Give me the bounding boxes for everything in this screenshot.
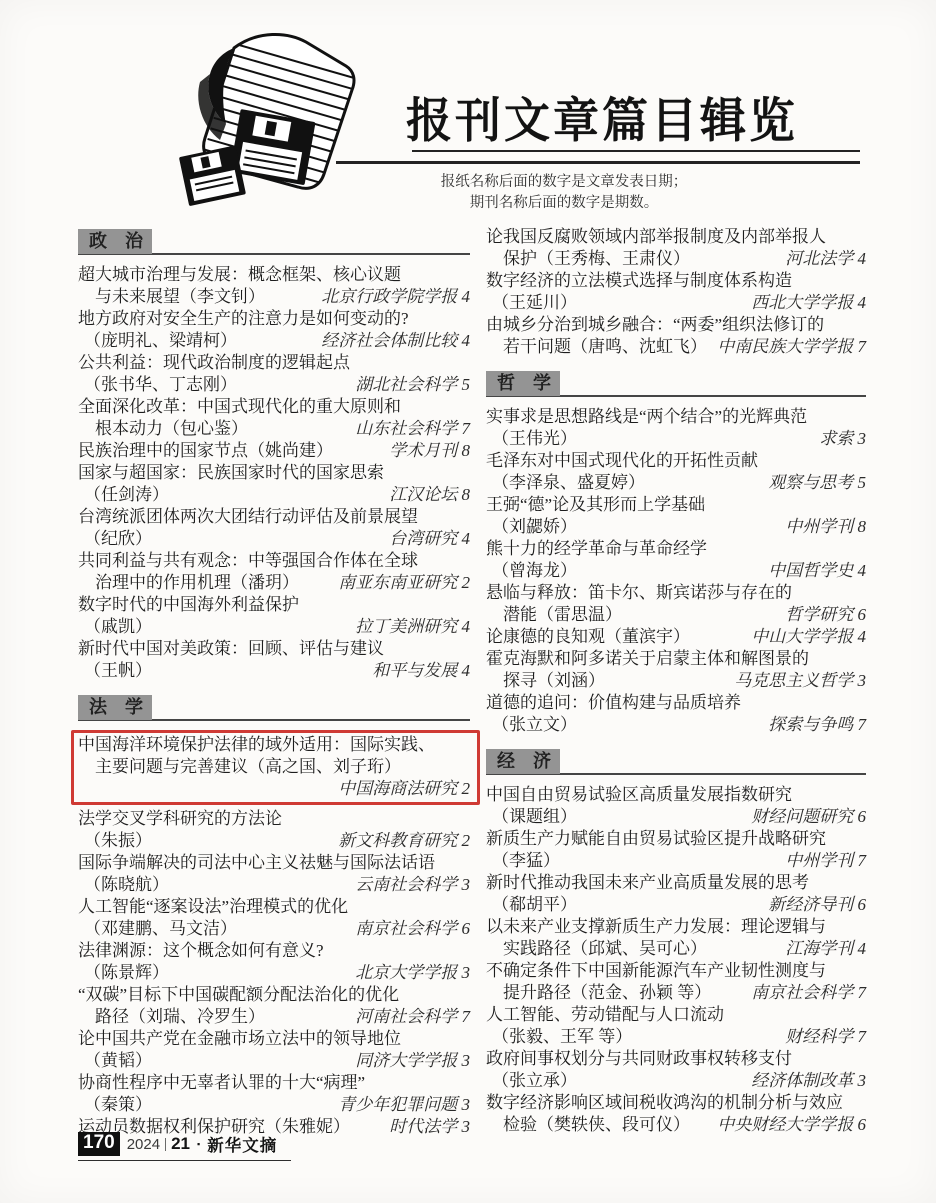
- entry-row: 政府间事权划分与共同财政事权转移支付: [486, 1048, 866, 1070]
- entry-title-text: （课题组）: [486, 806, 577, 828]
- right-column: 论我国反腐败领域内部举报制度及内部举报人保护（王秀梅、王肃仪）河北法学 4数字经…: [486, 226, 866, 1138]
- entry-row: 中国海商法研究 2: [78, 778, 470, 800]
- article-entry: 王弼“德”论及其形而上学基础（刘勰娇）中州学刊 8: [486, 494, 866, 538]
- entry-row: 民族治理中的国家节点（姚尚建）学术月刊 8: [78, 440, 470, 462]
- entry-row: 中国自由贸易试验区高质量发展指数研究: [486, 784, 866, 806]
- entry-row: （李猛）中州学刊 7: [486, 850, 866, 872]
- journal-ref: 中国海商法研究 2: [330, 778, 470, 800]
- journal-ref: 学术月刊 8: [381, 440, 470, 462]
- entry-title-text: （秦策）: [78, 1094, 152, 1116]
- entry-row: （郗胡平）新经济导刊 6: [486, 894, 866, 916]
- entry-title-text: （曾海龙）: [486, 560, 577, 582]
- entry-row: （课题组）财经问题研究 6: [486, 806, 866, 828]
- entry-row: （庞明礼、梁靖柯）经济社会体制比较 4: [78, 330, 470, 352]
- entry-row: （朱振）新文科教育研究 2: [78, 830, 470, 852]
- entry-title-text: 提升路径（范金、孙颖 等）: [486, 982, 711, 1004]
- entry-row: 协商性程序中无辜者认罪的十大“病理”: [78, 1072, 470, 1094]
- entry-row: 与未来展望（李文钊）北京行政学院学报 4: [78, 286, 470, 308]
- section-header: 法 学: [78, 694, 470, 721]
- page-number: 170: [78, 1132, 120, 1156]
- entry-title-text: 实事求是思想路线是“两个结合”的光辉典范: [486, 406, 807, 428]
- entry-title-text: 检验（樊轶侠、段可仪）: [486, 1114, 690, 1136]
- article-entry: 超大城市治理与发展：概念框架、核心议题与未来展望（李文钊）北京行政学院学报 4: [78, 264, 470, 308]
- entry-title-text: 路径（刘瑞、冷罗生）: [78, 1006, 265, 1028]
- entry-title-text: 中国自由贸易试验区高质量发展指数研究: [486, 784, 792, 806]
- article-entry: 民族治理中的国家节点（姚尚建）学术月刊 8: [78, 440, 470, 462]
- entry-row: 若干问题（唐鸣、沈虹飞）中南民族大学学报 7: [486, 336, 866, 358]
- journal-ref: 北京行政学院学报 4: [313, 286, 470, 308]
- entry-row: （张立文）探索与争鸣 7: [486, 714, 866, 736]
- article-entry: 法学交叉学科研究的方法论（朱振）新文科教育研究 2: [78, 808, 470, 852]
- journal-ref: 南亚东南亚研究 2: [330, 572, 470, 594]
- entry-row: （黄韬）同济大学学报 3: [78, 1050, 470, 1072]
- article-entry: 台湾统派团体两次大团结行动评估及前景展望（纪欣）台湾研究 4: [78, 506, 470, 550]
- article-entry: 数字经济影响区域间税收鸿沟的机制分析与效应检验（樊轶侠、段可仪）中央财经大学学报…: [486, 1092, 866, 1136]
- journal-ref: 和平与发展 4: [364, 660, 470, 682]
- entry-row: （任剑涛）江汉论坛 8: [78, 484, 470, 506]
- entry-title-text: 霍克海默和阿多诺关于启蒙主体和解图景的: [486, 648, 809, 670]
- journal-ref: 中国哲学史 4: [760, 560, 866, 582]
- entry-title-text: （张毅、王军 等）: [486, 1026, 632, 1048]
- entry-title-text: 保护（王秀梅、王肃仪）: [486, 248, 690, 270]
- section-header: 哲 学: [486, 370, 866, 397]
- entry-title-text: （王延川）: [486, 292, 577, 314]
- entry-row: 法学交叉学科研究的方法论: [78, 808, 470, 830]
- entry-title-text: 根本动力（包心鉴）: [78, 418, 248, 440]
- entry-title-text: 超大城市治理与发展：概念框架、核心议题: [78, 264, 401, 286]
- entry-title-text: 共同利益与共有观念：中等强国合作体在全球: [78, 550, 418, 572]
- entry-title-text: （陈景辉）: [78, 962, 169, 984]
- article-entry: 数字经济的立法模式选择与制度体系构造（王延川）西北大学学报 4: [486, 270, 866, 314]
- entry-row: 法律渊源：这个概念如何有意义?: [78, 940, 470, 962]
- journal-ref: 南京社会科学 6: [347, 918, 470, 940]
- journal-ref: 马克思主义哲学 3: [726, 670, 866, 692]
- journal-ref: 江海学刊 4: [777, 938, 866, 960]
- entry-row: （陈景辉）北京大学学报 3: [78, 962, 470, 984]
- entry-title-text: （张书华、丁志刚）: [78, 374, 237, 396]
- journal-ref: 中州学刊 7: [777, 850, 866, 872]
- article-entry: 道德的追问：价值构建与品质培养（张立文）探索与争鸣 7: [486, 692, 866, 736]
- entry-row: （张书华、丁志刚）湖北社会科学 5: [78, 374, 470, 396]
- newspaper-floppy-illustration: [146, 28, 380, 212]
- entry-row: 王弼“德”论及其形而上学基础: [486, 494, 866, 516]
- article-entry: 论康德的良知观（董滨宇）中山大学学报 4: [486, 626, 866, 648]
- article-entry: 政府间事权划分与共同财政事权转移支付（张立承）经济体制改革 3: [486, 1048, 866, 1092]
- article-entry: 新时代推动我国未来产业高质量发展的思考（郗胡平）新经济导刊 6: [486, 872, 866, 916]
- entry-row: 主要问题与完善建议（高之国、刘子珩）: [78, 756, 470, 778]
- journal-ref: 南京社会科学 7: [743, 982, 866, 1004]
- entry-title-text: （黄韬）: [78, 1050, 152, 1072]
- section-header: 经 济: [486, 748, 866, 775]
- entry-title-text: 王弼“德”论及其形而上学基础: [486, 494, 705, 516]
- entry-row: 数字时代的中国海外利益保护: [78, 594, 470, 616]
- entry-row: 论康德的良知观（董滨宇）中山大学学报 4: [486, 626, 866, 648]
- entry-title-text: 地方政府对安全生产的注意力是如何变动的?: [78, 308, 409, 330]
- journal-ref: 新经济导刊 6: [760, 894, 866, 916]
- article-entry: 公共利益：现代政治制度的逻辑起点（张书华、丁志刚）湖北社会科学 5: [78, 352, 470, 396]
- entry-row: 毛泽东对中国式现代化的开拓性贡献: [486, 450, 866, 472]
- entry-title-text: 政府间事权划分与共同财政事权转移支付: [486, 1048, 792, 1070]
- article-entry: 以未来产业支撑新质生产力发展：理论逻辑与实践路径（邱斌、吴可心）江海学刊 4: [486, 916, 866, 960]
- article-entry: 全面深化改革：中国式现代化的重大原则和根本动力（包心鉴）山东社会科学 7: [78, 396, 470, 440]
- title-rule-thick: [336, 161, 860, 164]
- entry-title-text: 新时代推动我国未来产业高质量发展的思考: [486, 872, 809, 894]
- entry-title-text: 数字经济影响区域间税收鸿沟的机制分析与效应: [486, 1092, 843, 1114]
- article-entry: 协商性程序中无辜者认罪的十大“病理”（秦策）青少年犯罪问题 3: [78, 1072, 470, 1116]
- article-entry: 由城乡分治到城乡融合：“两委”组织法修订的若干问题（唐鸣、沈虹飞）中南民族大学学…: [486, 314, 866, 358]
- entry-title-text: 不确定条件下中国新能源汽车产业韧性测度与: [486, 960, 826, 982]
- entry-title-text: （任剑涛）: [78, 484, 169, 506]
- page-footer: 170 2024 | 21 ▪ 新华文摘: [78, 1132, 291, 1161]
- entry-row: 以未来产业支撑新质生产力发展：理论逻辑与: [486, 916, 866, 938]
- journal-ref: 新文科教育研究 2: [330, 830, 470, 852]
- entry-title-text: 协商性程序中无辜者认罪的十大“病理”: [78, 1072, 365, 1094]
- entry-row: （邓建鹏、马文洁）南京社会科学 6: [78, 918, 470, 940]
- journal-ref: 中山大学学报 4: [743, 626, 866, 648]
- entry-title-text: 新时代中国对美政策：回顾、评估与建议: [78, 638, 384, 660]
- article-entry: 数字时代的中国海外利益保护（戚凯）拉丁美洲研究 4: [78, 594, 470, 638]
- magazine-index-page: 报刊文章篇目辑览 报纸名称后面的数字是文章发表日期； 期刊名称后面的数字是期数。…: [0, 0, 936, 1203]
- page-title: 报刊文章篇目辑览: [406, 83, 798, 152]
- entry-title-text: 论我国反腐败领域内部举报制度及内部举报人: [486, 226, 826, 248]
- entry-title-text: 由城乡分治到城乡融合：“两委”组织法修订的: [486, 314, 824, 336]
- journal-ref: 西北大学学报 4: [743, 292, 866, 314]
- masthead-notes: 报纸名称后面的数字是文章发表日期； 期刊名称后面的数字是期数。: [404, 172, 724, 214]
- journal-ref: 河南社会科学 7: [347, 1006, 470, 1028]
- entry-row: 共同利益与共有观念：中等强国合作体在全球: [78, 550, 470, 572]
- entry-title-text: 国际争端解决的司法中心主义祛魅与国际法话语: [78, 852, 435, 874]
- entry-row: 治理中的作用机理（潘玥）南亚东南亚研究 2: [78, 572, 470, 594]
- article-entry: 共同利益与共有观念：中等强国合作体在全球治理中的作用机理（潘玥）南亚东南亚研究 …: [78, 550, 470, 594]
- entry-title-text: 论康德的良知观（董滨宇）: [486, 626, 690, 648]
- journal-ref: 同济大学学报 3: [347, 1050, 470, 1072]
- entry-row: 数字经济的立法模式选择与制度体系构造: [486, 270, 866, 292]
- entry-title-text: （李猛）: [486, 850, 560, 872]
- entry-row: 熊十力的经学革命与革命经学: [486, 538, 866, 560]
- journal-ref: 北京大学学报 3: [347, 962, 470, 984]
- journal-ref: 经济体制改革 3: [743, 1070, 866, 1092]
- entry-row: 国家与超国家：民族国家时代的国家思索: [78, 462, 470, 484]
- entry-title-text: 国家与超国家：民族国家时代的国家思索: [78, 462, 384, 484]
- entry-title-text: “双碳”目标下中国碳配额分配法治化的优化: [78, 984, 399, 1006]
- entry-title-text: 台湾统派团体两次大团结行动评估及前景展望: [78, 506, 418, 528]
- highlighted-article-entry: 中国海洋环境保护法律的域外适用：国际实践、主要问题与完善建议（高之国、刘子珩）中…: [71, 730, 480, 805]
- footer-dot-icon: ▪: [197, 1139, 200, 1149]
- journal-ref: 拉丁美洲研究 4: [347, 616, 470, 638]
- note-line-1: 报纸名称后面的数字是文章发表日期；: [404, 172, 724, 193]
- article-entry: 论我国反腐败领域内部举报制度及内部举报人保护（王秀梅、王肃仪）河北法学 4: [486, 226, 866, 270]
- entry-title-text: 全面深化改革：中国式现代化的重大原则和: [78, 396, 401, 418]
- entry-row: （李泽泉、盛夏婷）观察与思考 5: [486, 472, 866, 494]
- entry-row: 保护（王秀梅、王肃仪）河北法学 4: [486, 248, 866, 270]
- entry-row: 新时代推动我国未来产业高质量发展的思考: [486, 872, 866, 894]
- footer-divider: |: [164, 1136, 167, 1153]
- entry-row: 中国海洋环境保护法律的域外适用：国际实践、: [78, 734, 470, 756]
- entry-row: 悬临与释放：笛卡尔、斯宾诺莎与存在的: [486, 582, 866, 604]
- entry-title-text: 中国海洋环境保护法律的域外适用：国际实践、: [78, 734, 435, 756]
- journal-ref: 湖北社会科学 5: [347, 374, 470, 396]
- entry-row: 台湾统派团体两次大团结行动评估及前景展望: [78, 506, 470, 528]
- entry-row: 霍克海默和阿多诺关于启蒙主体和解图景的: [486, 648, 866, 670]
- entry-title-text: （张立承）: [486, 1070, 577, 1092]
- entry-title-text: 人工智能、劳动错配与人口流动: [486, 1004, 724, 1026]
- entry-row: 新质生产力赋能自由贸易试验区提升战略研究: [486, 828, 866, 850]
- entry-row: （纪欣）台湾研究 4: [78, 528, 470, 550]
- entry-title-text: （郗胡平）: [486, 894, 577, 916]
- section-title: 经 济: [486, 749, 560, 774]
- entry-title-text: 探寻（刘涵）: [486, 670, 605, 692]
- entry-row: 提升路径（范金、孙颖 等）南京社会科学 7: [486, 982, 866, 1004]
- article-entry: 熊十力的经学革命与革命经学（曾海龙）中国哲学史 4: [486, 538, 866, 582]
- entry-title-text: （纪欣）: [78, 528, 152, 550]
- entry-row: （王帆）和平与发展 4: [78, 660, 470, 682]
- entry-title-text: （陈晓航）: [78, 874, 169, 896]
- journal-ref: 中州学刊 8: [777, 516, 866, 538]
- entry-title-text: （张立文）: [486, 714, 577, 736]
- entry-row: （陈晓航）云南社会科学 3: [78, 874, 470, 896]
- entry-row: 全面深化改革：中国式现代化的重大原则和: [78, 396, 470, 418]
- entry-row: 人工智能、劳动错配与人口流动: [486, 1004, 866, 1026]
- article-entry: 实事求是思想路线是“两个结合”的光辉典范（王伟光）求索 3: [486, 406, 866, 450]
- journal-ref: 河北法学 4: [777, 248, 866, 270]
- article-entry: 新时代中国对美政策：回顾、评估与建议（王帆）和平与发展 4: [78, 638, 470, 682]
- entry-title-text: 人工智能“逐案设法”治理模式的优化: [78, 896, 348, 918]
- entry-title-text: 论中国共产党在金融市场立法中的领导地位: [78, 1028, 401, 1050]
- entry-title-text: （庞明礼、梁靖柯）: [78, 330, 237, 352]
- article-entry: 霍克海默和阿多诺关于启蒙主体和解图景的探寻（刘涵）马克思主义哲学 3: [486, 648, 866, 692]
- section-header: 政 治: [78, 228, 470, 255]
- entry-title-text: 公共利益：现代政治制度的逻辑起点: [78, 352, 350, 374]
- entry-row: 探寻（刘涵）马克思主义哲学 3: [486, 670, 866, 692]
- entry-title-text: 熊十力的经学革命与革命经学: [486, 538, 707, 560]
- entry-row: 实践路径（邱斌、吴可心）江海学刊 4: [486, 938, 866, 960]
- entry-title-text: 主要问题与完善建议（高之国、刘子珩）: [78, 756, 401, 778]
- entry-title-text: 毛泽东对中国式现代化的开拓性贡献: [486, 450, 758, 472]
- entry-row: 国际争端解决的司法中心主义祛魅与国际法话语: [78, 852, 470, 874]
- article-entry: 人工智能、劳动错配与人口流动（张毅、王军 等）财经科学 7: [486, 1004, 866, 1048]
- article-entry: 人工智能“逐案设法”治理模式的优化（邓建鹏、马文洁）南京社会科学 6: [78, 896, 470, 940]
- entry-title-text: 民族治理中的国家节点（姚尚建）: [78, 440, 333, 462]
- entry-row: 数字经济影响区域间税收鸿沟的机制分析与效应: [486, 1092, 866, 1114]
- article-entry: 法律渊源：这个概念如何有意义?（陈景辉）北京大学学报 3: [78, 940, 470, 984]
- journal-ref: 求索 3: [811, 428, 866, 450]
- section-title: 法 学: [78, 695, 152, 720]
- journal-ref: 中央财经大学学报 6: [709, 1114, 866, 1136]
- entry-title-text: 法律渊源：这个概念如何有意义?: [78, 940, 324, 962]
- note-line-2: 期刊名称后面的数字是期数。: [404, 193, 724, 214]
- article-entry: 悬临与释放：笛卡尔、斯宾诺莎与存在的潜能（雷思温）哲学研究 6: [486, 582, 866, 626]
- footer-issue: 21: [171, 1134, 190, 1154]
- journal-ref: 时代法学 3: [381, 1116, 470, 1138]
- entry-row: （王伟光）求索 3: [486, 428, 866, 450]
- entry-title-text: 法学交叉学科研究的方法论: [78, 808, 282, 830]
- section-title: 哲 学: [486, 371, 560, 396]
- entry-row: 人工智能“逐案设法”治理模式的优化: [78, 896, 470, 918]
- journal-ref: 经济社会体制比较 4: [313, 330, 470, 352]
- article-entry: 地方政府对安全生产的注意力是如何变动的?（庞明礼、梁靖柯）经济社会体制比较 4: [78, 308, 470, 352]
- entry-row: （张立承）经济体制改革 3: [486, 1070, 866, 1092]
- entry-title-text: （朱振）: [78, 830, 152, 852]
- entry-title-text: 道德的追问：价值构建与品质培养: [486, 692, 741, 714]
- article-entry: 国际争端解决的司法中心主义祛魅与国际法话语（陈晓航）云南社会科学 3: [78, 852, 470, 896]
- entry-row: 不确定条件下中国新能源汽车产业韧性测度与: [486, 960, 866, 982]
- journal-ref: 江汉论坛 8: [381, 484, 470, 506]
- title-rule-thin: [412, 150, 860, 152]
- entry-row: 潜能（雷思温）哲学研究 6: [486, 604, 866, 626]
- journal-ref: 财经问题研究 6: [743, 806, 866, 828]
- entry-row: 论中国共产党在金融市场立法中的领导地位: [78, 1028, 470, 1050]
- entry-row: “双碳”目标下中国碳配额分配法治化的优化: [78, 984, 470, 1006]
- journal-ref: 观察与思考 5: [760, 472, 866, 494]
- journal-ref: 台湾研究 4: [381, 528, 470, 550]
- floppy-disk-icon: [179, 145, 246, 206]
- article-entry: 中国自由贸易试验区高质量发展指数研究（课题组）财经问题研究 6: [486, 784, 866, 828]
- entry-title-text: （刘勰娇）: [486, 516, 577, 538]
- entry-title-text: （王伟光）: [486, 428, 577, 450]
- entry-title-text: （李泽泉、盛夏婷）: [486, 472, 645, 494]
- entry-row: 公共利益：现代政治制度的逻辑起点: [78, 352, 470, 374]
- entry-row: 实事求是思想路线是“两个结合”的光辉典范: [486, 406, 866, 428]
- entry-row: 道德的追问：价值构建与品质培养: [486, 692, 866, 714]
- entry-row: 超大城市治理与发展：概念框架、核心议题: [78, 264, 470, 286]
- index-content: 政 治超大城市治理与发展：概念框架、核心议题与未来展望（李文钊）北京行政学院学报…: [0, 226, 936, 1138]
- entry-row: 路径（刘瑞、冷罗生）河南社会科学 7: [78, 1006, 470, 1028]
- left-column: 政 治超大城市治理与发展：概念框架、核心议题与未来展望（李文钊）北京行政学院学报…: [78, 226, 470, 1138]
- entry-title-text: 潜能（雷思温）: [486, 604, 622, 626]
- entry-title-text: 数字经济的立法模式选择与制度体系构造: [486, 270, 792, 292]
- journal-ref: 中南民族大学学报 7: [709, 336, 866, 358]
- journal-ref: 哲学研究 6: [777, 604, 866, 626]
- journal-ref: 云南社会科学 3: [347, 874, 470, 896]
- article-entry: 新质生产力赋能自由贸易试验区提升战略研究（李猛）中州学刊 7: [486, 828, 866, 872]
- entry-row: （戚凯）拉丁美洲研究 4: [78, 616, 470, 638]
- article-entry: 国家与超国家：民族国家时代的国家思索（任剑涛）江汉论坛 8: [78, 462, 470, 506]
- entry-title-text: 若干问题（唐鸣、沈虹飞）: [486, 336, 707, 358]
- entry-row: （秦策）青少年犯罪问题 3: [78, 1094, 470, 1116]
- entry-title-text: （邓建鹏、马文洁）: [78, 918, 237, 940]
- page-header: 报刊文章篇目辑览 报纸名称后面的数字是文章发表日期； 期刊名称后面的数字是期数。: [0, 0, 936, 226]
- entry-title-text: 实践路径（邱斌、吴可心）: [486, 938, 707, 960]
- entry-row: （刘勰娇）中州学刊 8: [486, 516, 866, 538]
- entry-row: 新时代中国对美政策：回顾、评估与建议: [78, 638, 470, 660]
- entry-row: 地方政府对安全生产的注意力是如何变动的?: [78, 308, 470, 330]
- journal-ref: 青少年犯罪问题 3: [330, 1094, 470, 1116]
- entry-row: 检验（樊轶侠、段可仪）中央财经大学学报 6: [486, 1114, 866, 1136]
- entry-row: 根本动力（包心鉴）山东社会科学 7: [78, 418, 470, 440]
- magazine-brand: 新华文摘: [207, 1132, 277, 1156]
- article-entry: 不确定条件下中国新能源汽车产业韧性测度与提升路径（范金、孙颖 等）南京社会科学 …: [486, 960, 866, 1004]
- section-title: 政 治: [78, 229, 152, 254]
- journal-ref: 山东社会科学 7: [347, 418, 470, 440]
- journal-ref: 探索与争鸣 7: [760, 714, 866, 736]
- floppy-disk-icon: [230, 109, 316, 185]
- entry-title-text: （王帆）: [78, 660, 152, 682]
- entry-row: 论我国反腐败领域内部举报制度及内部举报人: [486, 226, 866, 248]
- entry-row: （曾海龙）中国哲学史 4: [486, 560, 866, 582]
- entry-row: （张毅、王军 等）财经科学 7: [486, 1026, 866, 1048]
- entry-title-text: 与未来展望（李文钊）: [78, 286, 265, 308]
- article-entry: 毛泽东对中国式现代化的开拓性贡献（李泽泉、盛夏婷）观察与思考 5: [486, 450, 866, 494]
- entry-row: 由城乡分治到城乡融合：“两委”组织法修订的: [486, 314, 866, 336]
- article-entry: 论中国共产党在金融市场立法中的领导地位（黄韬）同济大学学报 3: [78, 1028, 470, 1072]
- entry-title-text: （戚凯）: [78, 616, 152, 638]
- journal-ref: 财经科学 7: [777, 1026, 866, 1048]
- entry-title-text: 悬临与释放：笛卡尔、斯宾诺莎与存在的: [486, 582, 792, 604]
- entry-title-text: 新质生产力赋能自由贸易试验区提升战略研究: [486, 828, 826, 850]
- footer-year: 2024: [127, 1136, 160, 1153]
- entry-row: （王延川）西北大学学报 4: [486, 292, 866, 314]
- entry-title-text: 以未来产业支撑新质生产力发展：理论逻辑与: [486, 916, 826, 938]
- article-entry: “双碳”目标下中国碳配额分配法治化的优化路径（刘瑞、冷罗生）河南社会科学 7: [78, 984, 470, 1028]
- entry-title-text: 治理中的作用机理（潘玥）: [78, 572, 299, 594]
- entry-title-text: 数字时代的中国海外利益保护: [78, 594, 299, 616]
